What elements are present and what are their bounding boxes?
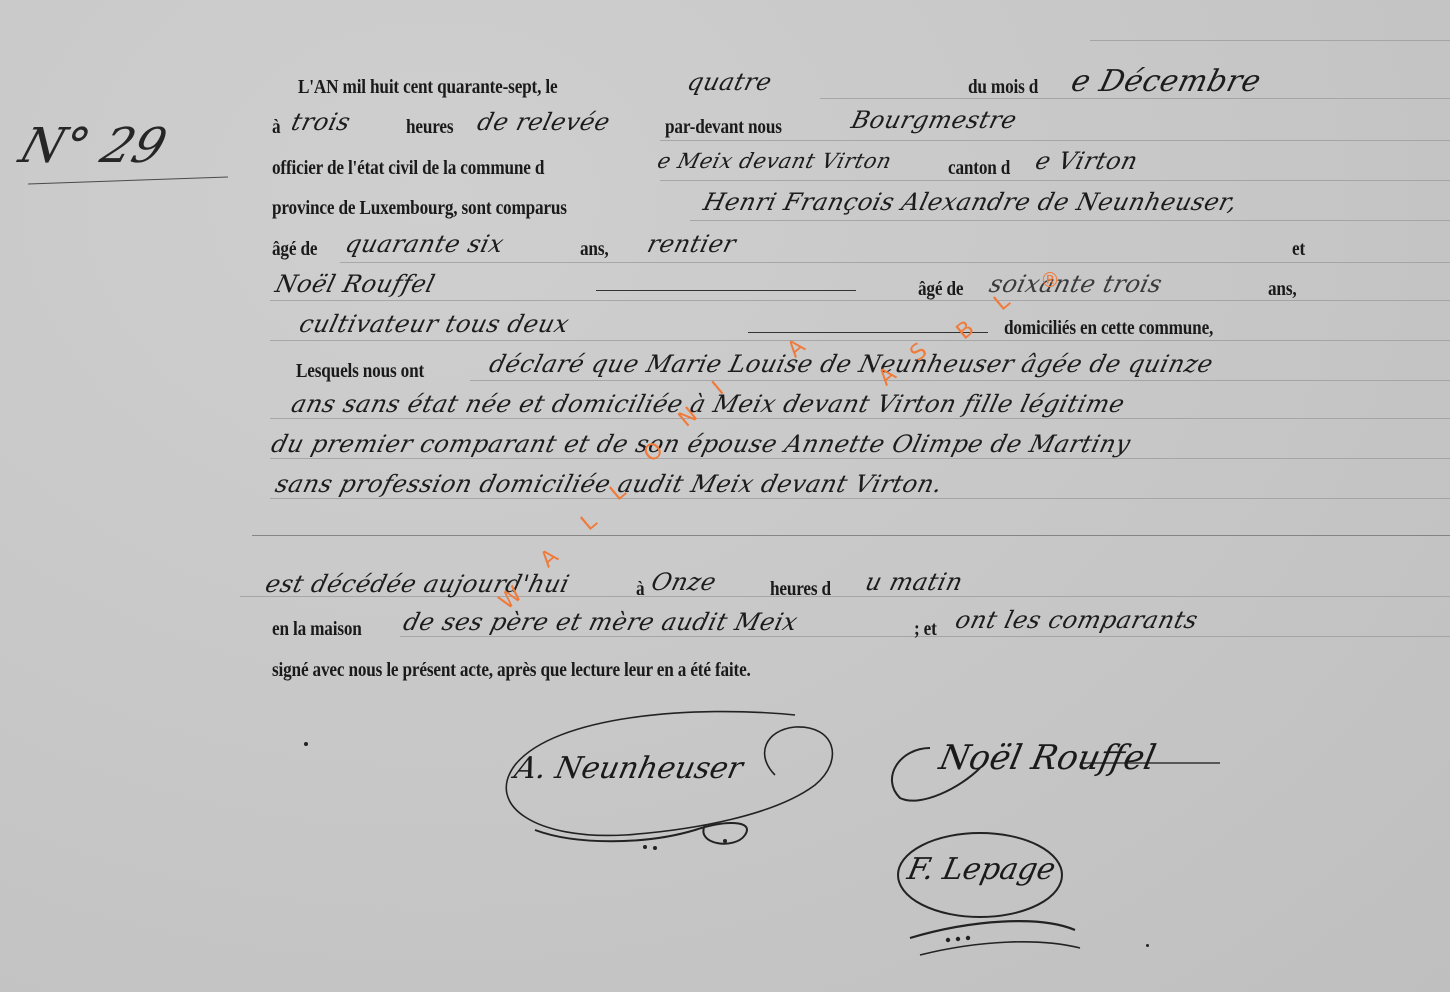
ink-speck [1146,944,1149,947]
ruled-line [270,340,1450,341]
handwritten-age-first: quarante six [343,230,507,258]
printed-hours-label-2: heures d [770,578,831,601]
handwritten-death-place: de ses père et mère audit Meix [401,608,801,636]
handwritten-signers: ont les comparants [953,606,1202,634]
handwritten-occupation-first: rentier [645,230,740,258]
handwritten-death-statement: est décédée aujourd'hui [263,570,573,598]
ruled-line [690,220,1450,221]
ruled-line [660,140,1450,141]
signature-lepage: F. Lepage [890,820,1090,960]
filler-dash [748,332,988,333]
handwritten-period: de relevée [475,108,614,136]
printed-a: à [272,116,280,139]
handwritten-occupation-second: cultivateur tous deux [297,310,573,338]
handwritten-second-declarant: Noël Rouffel [273,270,439,298]
handwritten-canton: e Virton [1033,147,1141,175]
printed-years-label: ans, [580,238,608,261]
handwritten-age-second: soixante trois [987,270,1166,298]
ruled-line [340,262,1450,263]
handwritten-declaration-1: déclaré que Marie Louise de Neunheuser â… [487,350,1217,378]
handwritten-official: Bourgmestre [849,106,1020,134]
filler-dash [596,290,856,291]
entry-number-underline [28,177,228,185]
printed-officer-text: officier de l'état civil de la commune d [272,157,544,180]
printed-before-us: par-devant nous [665,116,782,139]
handwritten-commune: e Meix devant Virton [655,149,894,173]
handwritten-declaration-2: ans sans état née et domiciliée à Meix d… [289,390,1128,418]
handwritten-first-declarant: Henri François Alexandre de Neunheuser, [701,188,1241,216]
civil-record-page: N° 29 L'AN mil huit cent quarante-sept, … [0,0,1450,992]
printed-age-label: âgé de [272,238,317,261]
handwritten-declaration-3: du premier comparant et de son épouse An… [269,430,1134,458]
ruled-line [270,458,1450,459]
ruled-line [1090,40,1450,41]
signature-flourish-icon [890,820,1090,960]
printed-domiciled-text: domiciliés en cette commune, [1004,317,1213,340]
handwritten-day: quatre [685,68,775,96]
printed-declared-label: Lesquels nous ont [296,360,424,383]
printed-province-text: province de Luxembourg, sont comparus [272,197,567,220]
ink-speck [304,742,308,746]
printed-month-label: du mois d [968,76,1038,99]
watermark-letter: L [576,509,601,536]
signature-name: F. Lepage [904,852,1058,887]
printed-and-2: ; et [914,618,937,641]
handwritten-month: e Décembre [1068,64,1265,99]
printed-at: à [636,578,644,601]
signature-rouffel: Noël Rouffel [880,708,1240,808]
printed-years-label-2: ans, [1268,278,1296,301]
printed-and: et [1292,238,1305,261]
watermark-letter: ® [1040,268,1060,292]
printed-age-label-2: âgé de [918,278,963,301]
handwritten-death-period: u matin [863,568,966,596]
printed-canton-label: canton d [948,157,1010,180]
entry-number: N° 29 [13,118,174,174]
ruled-line [470,380,1450,381]
ruled-line [270,498,1450,499]
signature-name: A. Neunheuser [511,751,746,786]
watermark-letter: A [536,544,564,573]
handwritten-death-hour: Onze [649,568,720,596]
ruled-line [252,535,1450,536]
handwritten-hour: trois [289,108,354,136]
signature-neunheuser: A. Neunheuser [495,705,855,855]
ruled-line [270,418,1450,419]
printed-signed-text: signé avec nous le présent acte, après q… [272,659,751,682]
ruled-line [660,180,1450,181]
printed-year-text: L'AN mil huit cent quarante-sept, le [298,76,557,99]
printed-house-label: en la maison [272,618,362,641]
signature-name: Noël Rouffel [936,738,1160,778]
printed-hours-label: heures [406,116,453,139]
